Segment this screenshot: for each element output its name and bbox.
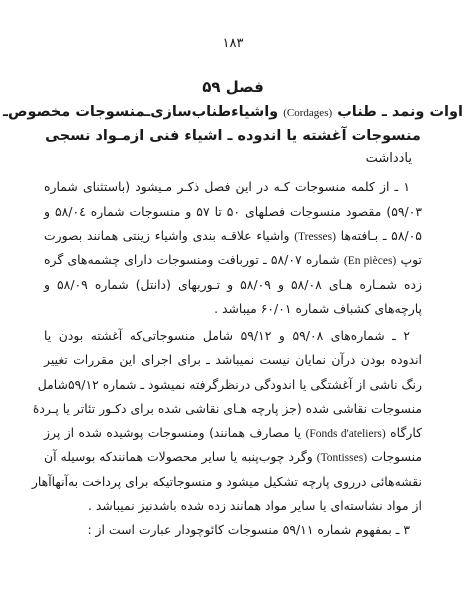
body-line: توپ (En pièces) شماره ۵۸/۰۷ ـ توربافت وم… <box>44 252 422 269</box>
latin-term: (En pièces) <box>344 255 396 267</box>
body-text: منسوجات <box>371 449 422 464</box>
body-line: کارگاه (Fonds d'ateliers) یا مصارف همانن… <box>44 425 422 442</box>
body-text: ۵۸/۰۵ ـ بـافته‌ها <box>341 228 422 243</box>
body-line: ۵۸/۰۵ ـ بـافته‌ها (Tresses) واشیاء علاقـ… <box>44 228 422 245</box>
body-line: منسوجات نقاشی شده (جز پارچه هـای نقاشی ش… <box>44 401 422 417</box>
body-line: رنگ ناشی از آغشتگی یا اندودگی درنظرگرفته… <box>44 377 422 393</box>
body-line: نقشه‌هائی درروی پارچه تشکیل میشود و منسو… <box>44 474 422 490</box>
chapter-heading-line-1: اوات ونمد ـ طناب (Cordages) واشیاءطناب‌س… <box>0 104 466 120</box>
body-text: کارگاه <box>390 425 422 440</box>
body-text: یا مصارف همانند) ومنسوجات پوشیده شده از … <box>44 425 301 440</box>
body-line: ۵۹/۰۳) مقصود منسوجات فصلهای ۵۰ تا ۵۷ و م… <box>44 204 422 220</box>
body-text: وگرد چوب‌پنبه یا سایر محصولات همانندکه ب… <box>44 449 313 464</box>
body-text: واشیاء علاقـه بندی واشیاء زینتی همانند ب… <box>44 228 290 243</box>
heading-text: اوات ونمد ـ طناب <box>337 104 463 120</box>
body-line: ۳ ـ بمفهوم شماره ۵۹/۱۱ منسوجات کائوچودار… <box>44 522 410 538</box>
body-line: زده شمـاره هـای ۵۸/۰۸ و ۵۸/۰۹ و تـوربهای… <box>44 277 422 293</box>
body-text: توپ <box>400 252 422 267</box>
body-line: ۲ ـ شماره‌های ۵۹/۰۸ و ۵۹/۱۲ شامل منسوجات… <box>44 328 410 344</box>
body-line: ۱ ـ از کلمه منسوجات کـه در این فصل ذکـر … <box>44 179 410 195</box>
latin-term: (Tresses) <box>294 231 336 243</box>
document-page: ۱۸۳ فصل ۵۹ اوات ونمد ـ طناب (Cordages) و… <box>0 0 466 599</box>
body-line: پارچه‌های کشباف شماره ۶۰/۰۱ میباشد . <box>44 301 422 317</box>
body-line: از مواد نشاسته‌ای یا سایر مواد همانند زد… <box>44 498 422 514</box>
latin-term: (Tontisses) <box>317 452 367 464</box>
body-line: اندوده بودن درآن نمایان نیست نمیباشد ـ ب… <box>44 352 422 368</box>
latin-term: (Fonds d'ateliers) <box>306 428 386 440</box>
chapter-title: فصل ۵۹ <box>0 78 466 96</box>
body-line: منسوجات (Tontisses) وگرد چوب‌پنبه یا سای… <box>44 449 422 466</box>
heading-latin-term: (Cordages) <box>283 107 332 119</box>
page-number: ۱۸۳ <box>0 36 466 51</box>
heading-text: واشیاءطناب‌سازی‌ـمنسوجات مخصوص‌ـ <box>3 104 278 120</box>
note-label: یادداشت <box>366 151 412 166</box>
chapter-heading-line-2: منسوجات آغشته یا اندوده ـ اشیاء فنی ازمـ… <box>0 128 466 144</box>
body-text: شماره ۵۸/۰۷ ـ توربافت ومنسوجات دارای چشم… <box>44 252 340 267</box>
